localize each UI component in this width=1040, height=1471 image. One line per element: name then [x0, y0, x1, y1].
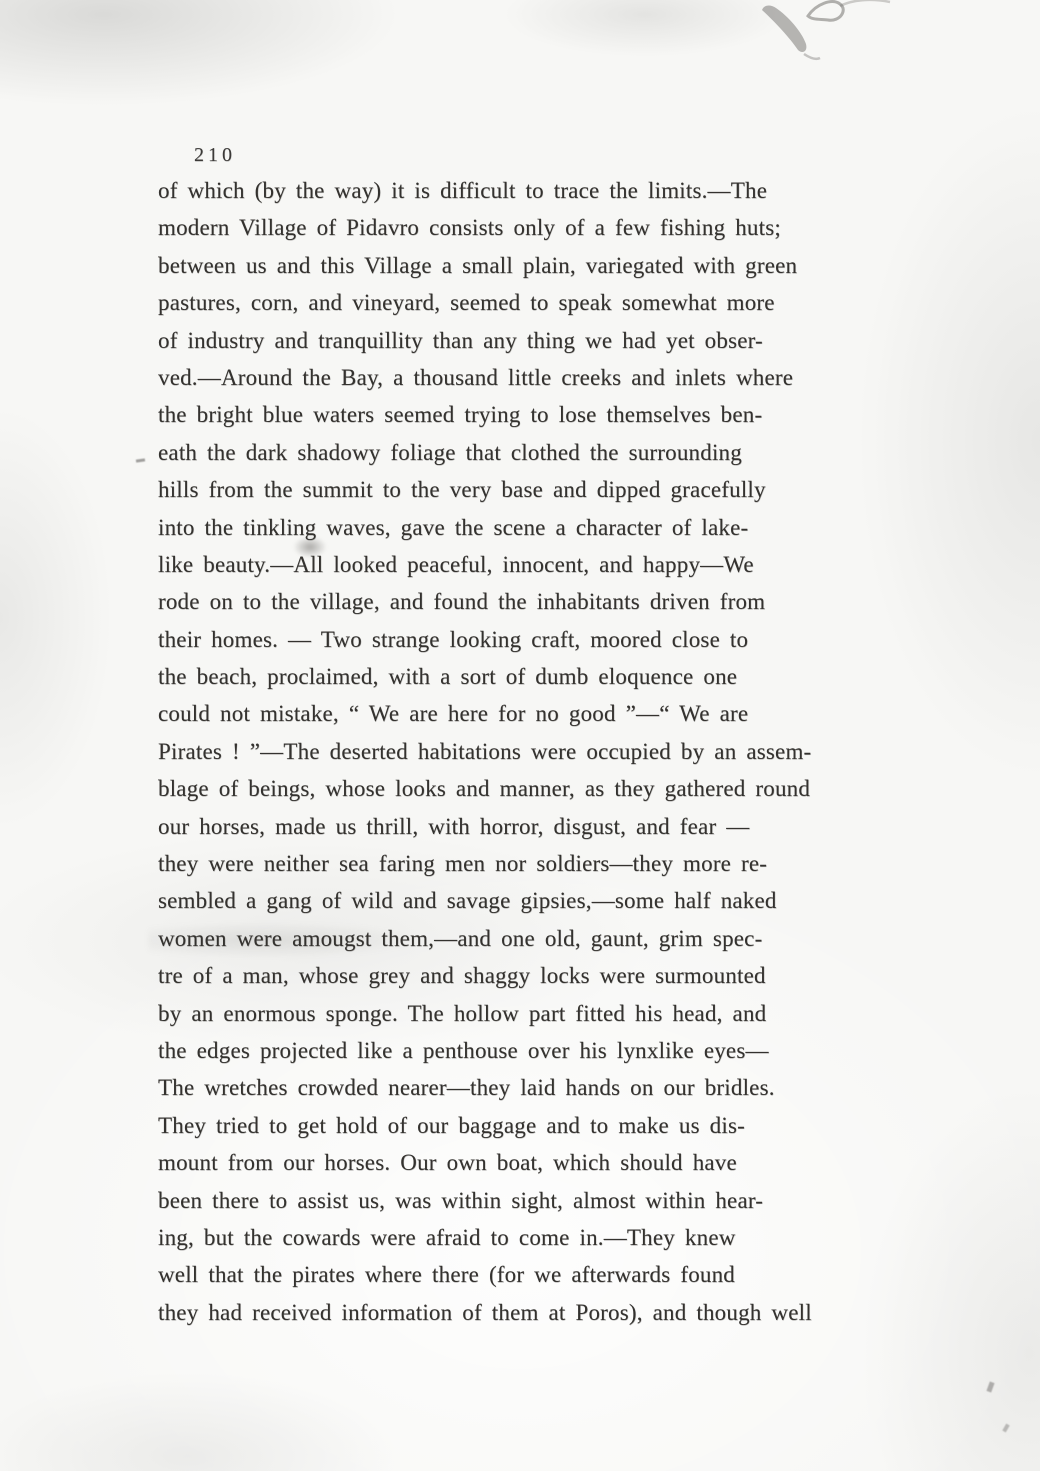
text-line: they were neither sea faring men nor sol…	[158, 845, 926, 882]
text-line: by an enormous sponge. The hollow part f…	[158, 995, 926, 1032]
scan-speck	[986, 1381, 994, 1392]
page-text: of which (by the way) it is difficult to…	[158, 172, 926, 1331]
text-line: into the tinkling waves, gave the scene …	[158, 509, 926, 546]
text-line: well that the pirates where there (for w…	[158, 1256, 926, 1293]
text-line: Pirates ! ”—The deserted habitations wer…	[158, 733, 926, 770]
text-line: hills from the summit to the very base a…	[158, 471, 926, 508]
text-line: eath the dark shadowy foliage that cloth…	[158, 434, 926, 471]
text-line: modern Village of Pidavro consists only …	[158, 209, 926, 246]
text-line: mount from our horses. Our own boat, whi…	[158, 1144, 926, 1181]
text-line: pastures, corn, and vineyard, seemed to …	[158, 284, 926, 321]
text-line: been there to assist us, was within sigh…	[158, 1182, 926, 1219]
text-line: ved.—Around the Bay, a thousand little c…	[158, 359, 926, 396]
page-number: 210	[194, 144, 236, 167]
text-line: their homes. — Two strange looking craft…	[158, 621, 926, 658]
scan-speck	[1002, 1424, 1009, 1433]
text-line: our horses, made us thrill, with horror,…	[158, 808, 926, 845]
text-line: tre of a man, whose grey and shaggy lock…	[158, 957, 926, 994]
stray-margin-mark	[136, 458, 145, 462]
text-line: ing, but the cowards were afraid to come…	[158, 1219, 926, 1256]
text-line: between us and this Village a small plai…	[158, 247, 926, 284]
text-line: of which (by the way) it is difficult to…	[158, 172, 926, 209]
text-line: They tried to get hold of our baggage an…	[158, 1107, 926, 1144]
text-line: blage of beings, whose looks and manner,…	[158, 770, 926, 807]
text-line: of industry and tranquillity than any th…	[158, 322, 926, 359]
text-line: The wretches crowded nearer—they laid ha…	[158, 1069, 926, 1106]
text-line: the edges projected like a penthouse ove…	[158, 1032, 926, 1069]
text-line: the bright blue waters seemed trying to …	[158, 396, 926, 433]
text-line: could not mistake, “ We are here for no …	[158, 695, 926, 732]
text-line: like beauty.—All looked peaceful, innoce…	[158, 546, 926, 583]
scanned-book-page: 210 of which (by the way) it is difficul…	[0, 0, 1040, 1471]
text-line: women were amougst them,—and one old, ga…	[158, 920, 926, 957]
text-line: the beach, proclaimed, with a sort of du…	[158, 658, 926, 695]
ink-fold-mark	[720, 0, 900, 68]
text-line: rode on to the village, and found the in…	[158, 583, 926, 620]
text-line: sembled a gang of wild and savage gipsie…	[158, 882, 926, 919]
text-line: they had received information of them at…	[158, 1294, 926, 1331]
